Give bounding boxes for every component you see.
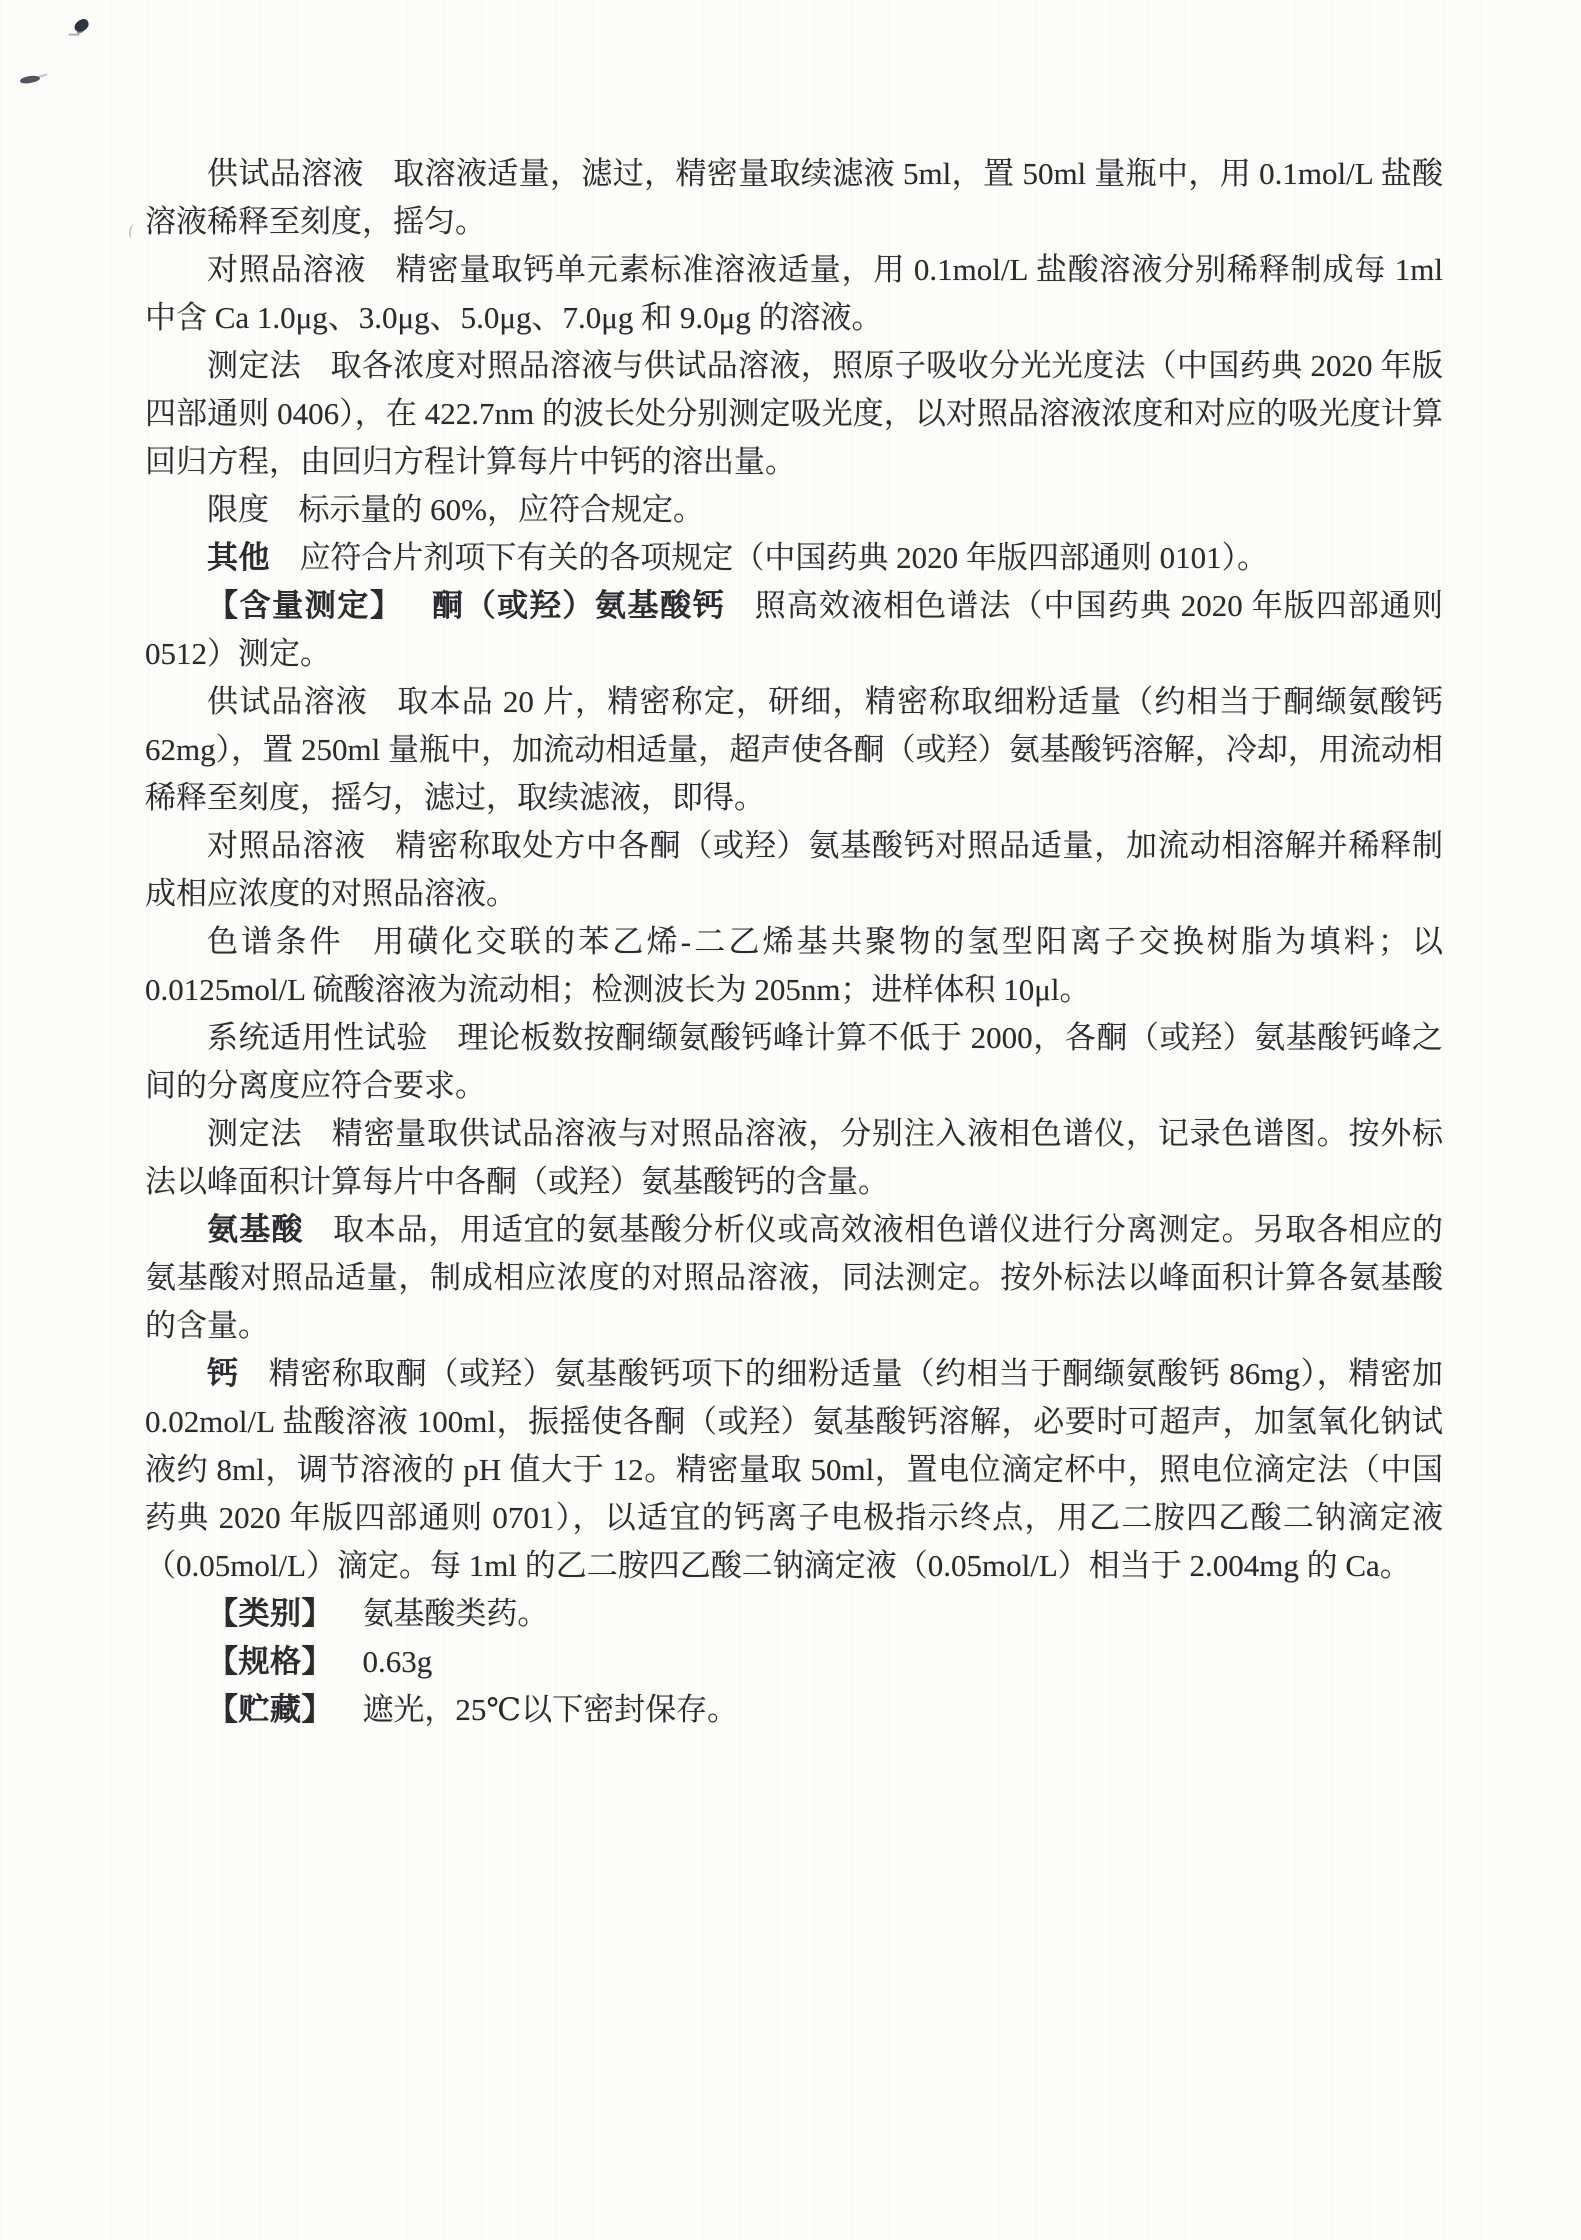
text-segment: 取各浓度对照品溶液与供试品溶液，照原子吸收分光光度法（中国药典 2020 年版四…	[145, 348, 1443, 479]
term-label: 限度	[207, 492, 269, 527]
term-label: 酮（或羟）氨基酸钙	[432, 588, 725, 623]
text-segment: 精密量取供试品溶液与对照品溶液，分别注入液相色谱仪，记录色谱图。按外标法以峰面积…	[145, 1116, 1443, 1199]
ink-speck-margin-icon	[128, 223, 139, 239]
text-segment: 取本品，用适宜的氨基酸分析仪或高效液相色谱仪进行分离测定。另取各相应的氨基酸对照…	[145, 1212, 1443, 1343]
ink-speck-top-icon	[72, 17, 90, 34]
paragraph: 对照品溶液精密称取处方中各酮（或羟）氨基酸钙对照品适量，加流动相溶解并稀释制成相…	[145, 822, 1443, 918]
text-segment: 0.63g	[362, 1644, 432, 1679]
paragraph: 限度标示量的 60%，应符合规定。	[145, 486, 1443, 534]
paragraph: 系统适用性试验理论板数按酮缬氨酸钙峰计算不低于 2000，各酮（或羟）氨基酸钙峰…	[145, 1014, 1443, 1110]
paragraph: 供试品溶液取本品 20 片，精密称定，研细，精密称取细粉适量（约相当于酮缬氨酸钙…	[145, 678, 1443, 822]
term-label: 供试品溶液	[207, 156, 364, 191]
document-body: 供试品溶液取溶液适量，滤过，精密量取续滤液 5ml，置 50ml 量瓶中，用 0…	[145, 150, 1443, 1734]
paragraph: 【含量测定】酮（或羟）氨基酸钙照高效液相色谱法（中国药典 2020 年版四部通则…	[145, 582, 1443, 678]
paragraph: 其他应符合片剂项下有关的各项规定（中国药典 2020 年版四部通则 0101）。	[145, 534, 1443, 582]
term-label: 其他	[207, 540, 270, 575]
scanned-document-page: 供试品溶液取溶液适量，滤过，精密量取续滤液 5ml，置 50ml 量瓶中，用 0…	[0, 0, 1581, 2240]
text-segment: 标示量的 60%，应符合规定。	[298, 492, 704, 527]
paragraph: 测定法取各浓度对照品溶液与供试品溶液，照原子吸收分光光度法（中国药典 2020 …	[145, 342, 1443, 486]
term-label: 钙	[207, 1356, 239, 1391]
ink-speck-left-icon	[20, 74, 41, 84]
paragraph: 色谱条件用磺化交联的苯乙烯-二乙烯基共聚物的氢型阳离子交换树脂为填料；以 0.0…	[145, 918, 1443, 1014]
term-label: 【含量测定】	[207, 588, 403, 623]
paragraph: 【贮藏】遮光，25℃以下密封保存。	[145, 1686, 1443, 1734]
term-label: 色谱条件	[207, 924, 344, 959]
term-label: 系统适用性试验	[207, 1020, 428, 1055]
paragraph: 氨基酸取本品，用适宜的氨基酸分析仪或高效液相色谱仪进行分离测定。另取各相应的氨基…	[145, 1206, 1443, 1350]
term-label: 【贮藏】	[207, 1692, 333, 1727]
term-label: 对照品溶液	[207, 828, 366, 863]
term-label: 供试品溶液	[207, 684, 368, 719]
text-segment: 应符合片剂项下有关的各项规定（中国药典 2020 年版四部通则 0101）。	[299, 540, 1268, 575]
term-label: 【规格】	[207, 1644, 333, 1679]
term-label: 测定法	[207, 1116, 302, 1151]
paragraph: 【类别】氨基酸类药。	[145, 1590, 1443, 1638]
term-label: 对照品溶液	[207, 252, 366, 287]
text-segment: 遮光，25℃以下密封保存。	[362, 1692, 738, 1727]
text-segment: 氨基酸类药。	[362, 1596, 548, 1631]
paragraph: 对照品溶液精密量取钙单元素标准溶液适量，用 0.1mol/L 盐酸溶液分别稀释制…	[145, 246, 1443, 342]
paragraph: 测定法精密量取供试品溶液与对照品溶液，分别注入液相色谱仪，记录色谱图。按外标法以…	[145, 1110, 1443, 1206]
paragraph: 钙精密称取酮（或羟）氨基酸钙项下的细粉适量（约相当于酮缬氨酸钙 86mg），精密…	[145, 1350, 1443, 1590]
text-segment: 精密称取酮（或羟）氨基酸钙项下的细粉适量（约相当于酮缬氨酸钙 86mg），精密加…	[145, 1356, 1443, 1583]
term-label: 测定法	[207, 348, 301, 383]
paragraph: 【规格】0.63g	[145, 1638, 1443, 1686]
term-label: 【类别】	[207, 1596, 333, 1631]
paragraph: 供试品溶液取溶液适量，滤过，精密量取续滤液 5ml，置 50ml 量瓶中，用 0…	[145, 150, 1443, 246]
term-label: 氨基酸	[207, 1212, 304, 1247]
